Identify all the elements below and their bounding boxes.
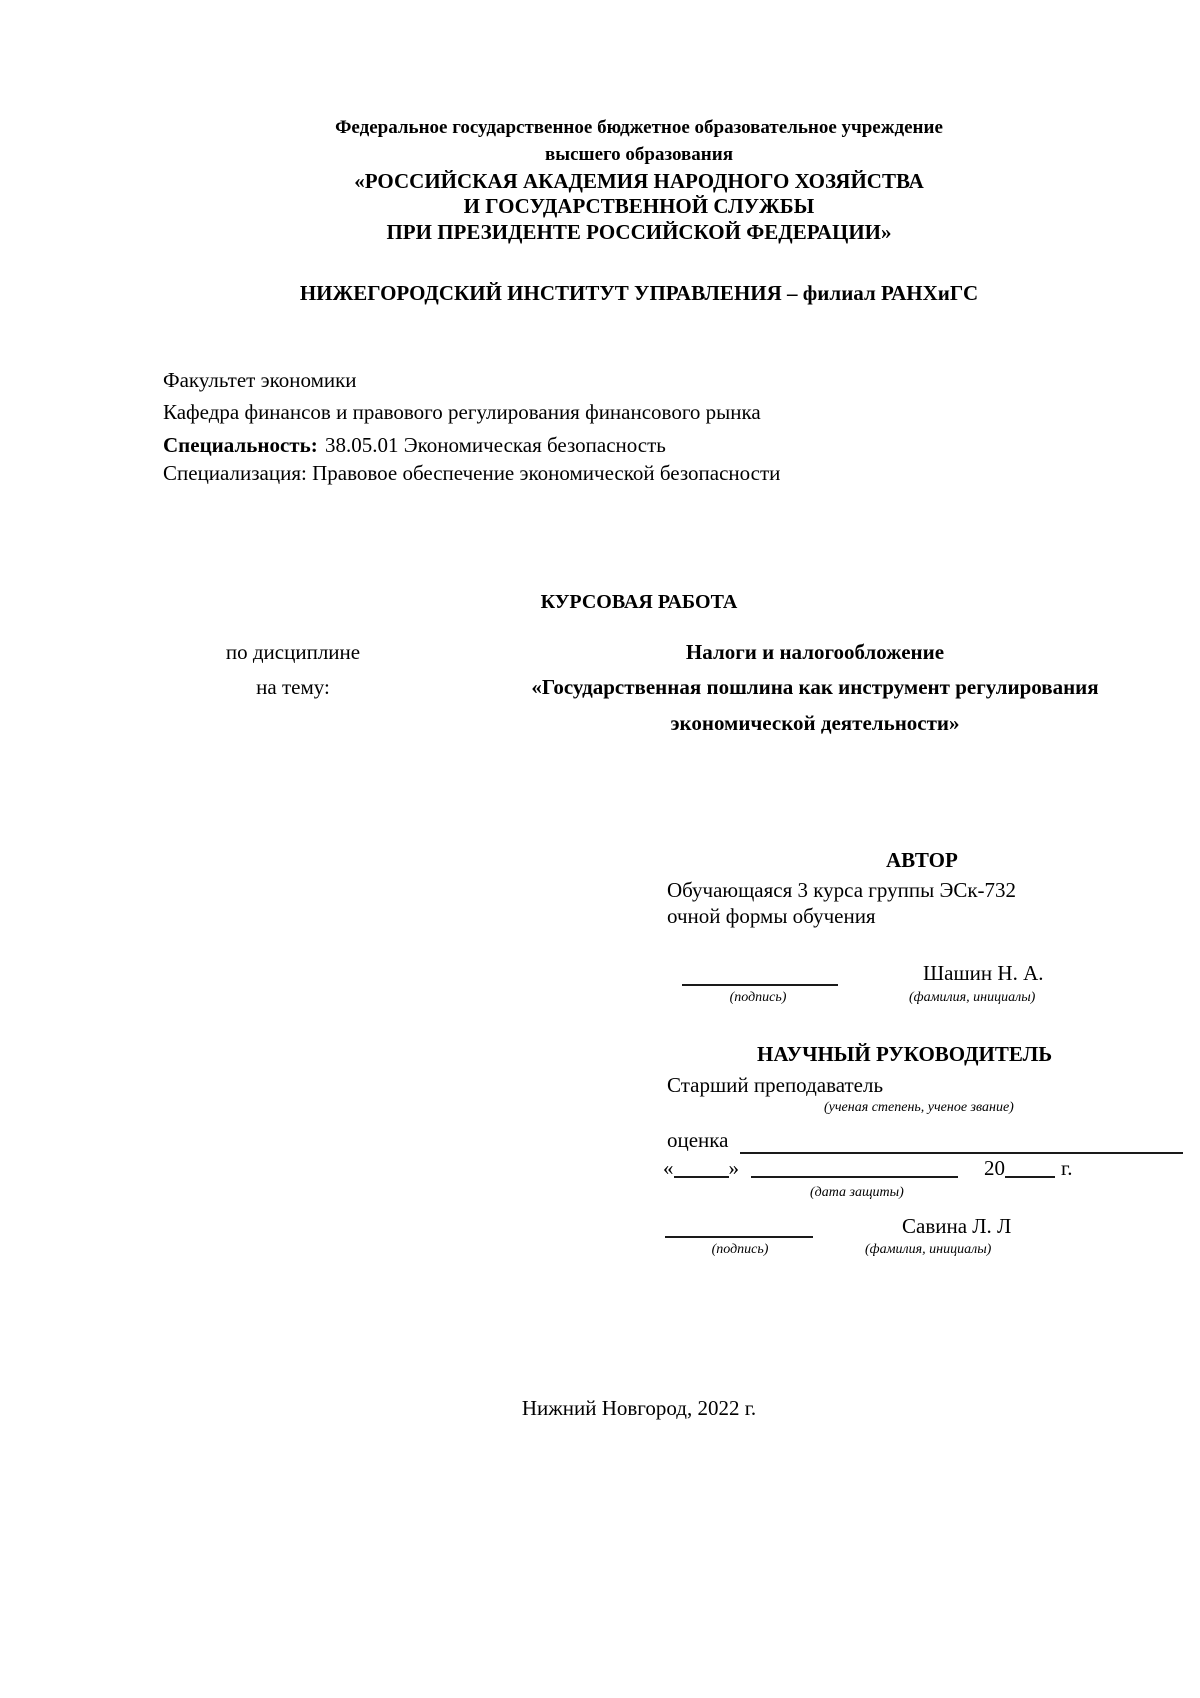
supervisor-position: Старший преподаватель [667, 1072, 883, 1098]
grade-line [740, 1152, 1183, 1154]
date-year-suffix: г. [1061, 1156, 1073, 1180]
date-year-line [1005, 1176, 1055, 1178]
date-open-quote: « [663, 1156, 674, 1180]
discipline-name: Налоги и налогообложение [455, 639, 1175, 665]
date-year-prefix: 20 [984, 1156, 1005, 1180]
org-name-line1: Федеральное государственное бюджетное об… [163, 115, 1115, 140]
topic-line2: экономической деятельности» [455, 710, 1175, 736]
author-descr-line1: Обучающаяся 3 курса группы ЭСк-732 [667, 877, 1016, 903]
title-page: Федеральное государственное бюджетное об… [0, 0, 1200, 1698]
org-name-line5: ПРИ ПРЕЗИДЕНТЕ РОССИЙСКОЙ ФЕДЕРАЦИИ» [163, 220, 1115, 245]
date-close-quote: » [729, 1156, 740, 1180]
date-month-line [751, 1176, 958, 1178]
author-signature-caption: (подпись) [713, 990, 803, 1006]
supervisor-position-caption: (ученая степень, ученое звание) [824, 1100, 1014, 1116]
department-line: Кафедра финансов и правового регулирован… [163, 399, 761, 425]
faculty-line: Факультет экономики [163, 367, 357, 393]
city-year-line: Нижний Новгород, 2022 г. [163, 1395, 1115, 1421]
topic-line1: «Государственная пошлина как инструмент … [455, 674, 1175, 700]
grade-label: оценка [667, 1127, 729, 1153]
supervisor-signature-line [665, 1236, 813, 1238]
author-descr-line2: очной формы обучения [667, 903, 876, 929]
author-name-caption: (фамилия, инициалы) [909, 990, 1035, 1006]
org-name-line2: высшего образования [163, 142, 1115, 167]
specialty-label: Специальность: [163, 433, 318, 457]
supervisor-signature-caption: (подпись) [695, 1242, 785, 1258]
defense-date-row: «»20г. [663, 1155, 1073, 1181]
author-signature-line [682, 984, 838, 986]
author-heading: АВТОР [886, 847, 958, 873]
supervisor-name: Савина Л. Л [902, 1213, 1011, 1239]
discipline-label: по дисциплине [208, 639, 378, 665]
defense-date-caption: (дата защиты) [810, 1185, 904, 1201]
author-name: Шашин Н. А. [923, 960, 1043, 986]
work-title: КУРСОВАЯ РАБОТА [163, 589, 1115, 615]
specialization-line: Специализация: Правовое обеспечение экон… [163, 460, 780, 486]
supervisor-name-caption: (фамилия, инициалы) [865, 1242, 991, 1258]
specialty-value: 38.05.01 Экономическая безопасность [325, 433, 666, 457]
org-name-line3: «РОССИЙСКАЯ АКАДЕМИЯ НАРОДНОГО ХОЗЯЙСТВА [163, 169, 1115, 194]
supervisor-heading: НАУЧНЫЙ РУКОВОДИТЕЛЬ [757, 1041, 1052, 1067]
org-name-line4: И ГОСУДАРСТВЕННОЙ СЛУЖБЫ [163, 194, 1115, 219]
institute-name: НИЖЕГОРОДСКИЙ ИНСТИТУТ УПРАВЛЕНИЯ – фили… [163, 281, 1115, 306]
date-day-line [674, 1176, 729, 1178]
topic-label: на тему: [208, 674, 378, 700]
specialty-line: Специальность:38.05.01 Экономическая без… [163, 432, 666, 458]
